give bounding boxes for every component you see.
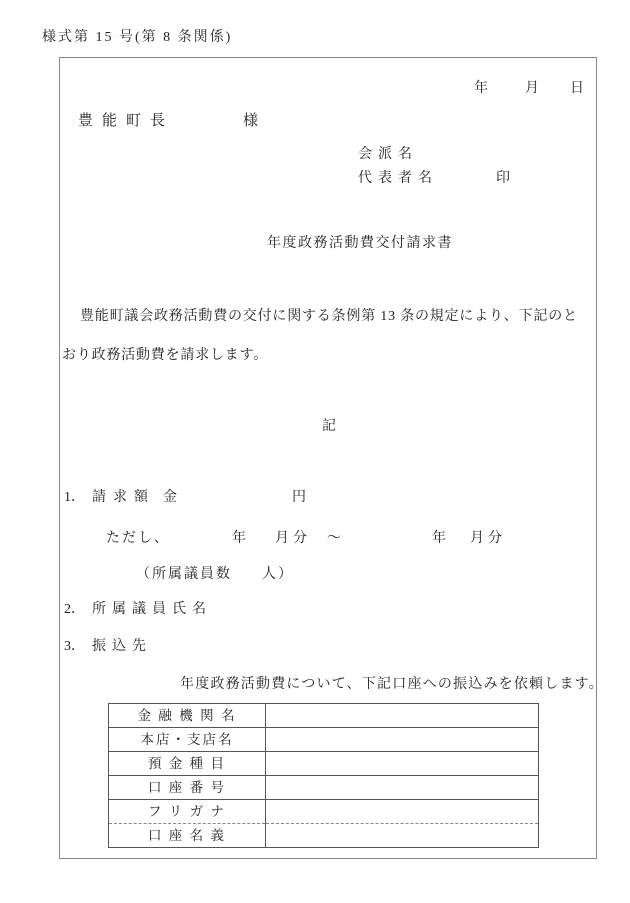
item2-label-member-names: 所属議員氏名 — [92, 602, 212, 619]
item3-label-transfer-destination: 振込先 — [92, 639, 152, 656]
document-title: 年度政務活動費交付請求書 — [267, 236, 453, 253]
date-month-label: 月 — [525, 81, 539, 96]
row-value-account-number[interactable] — [266, 776, 539, 800]
form-number-label: 様式第 15 号(第 8 条関係) — [42, 30, 232, 47]
table-row-branch-name: 本店・支店名 — [109, 728, 539, 752]
item3-number: 3． — [64, 639, 85, 656]
row-label-financial-institution: 金 融 機 関 名 — [109, 704, 266, 728]
table-row-furigana: フ リ ガ ナ — [109, 800, 539, 824]
date-line: 年月日 — [474, 81, 584, 98]
seal-label: 印 — [496, 171, 510, 188]
member-count-label: （所属議員数 — [136, 567, 232, 584]
row-value-account-holder[interactable] — [266, 824, 539, 848]
member-count-unit-label: 人） — [262, 567, 294, 584]
date-year-label: 年 — [474, 81, 488, 96]
body-paragraph-line1: 豊能町議会政務活動費の交付に関する条例第 13 条の規定により、下記のと — [80, 309, 578, 326]
bank-account-table: 金 融 機 関 名 本店・支店名 預 金 種 目 口 座 番 号 フ リ ガ ナ… — [108, 703, 539, 848]
amount-prefix-label: 金 — [163, 490, 177, 507]
row-value-deposit-type[interactable] — [266, 752, 539, 776]
addressee-name: 豊能町長 — [78, 112, 174, 130]
item2-number: 2． — [64, 602, 85, 619]
period-start-year-label: 年 — [232, 531, 246, 548]
date-day-label: 日 — [570, 81, 584, 96]
item1-label-claim-amount: 請求額 — [92, 490, 155, 507]
row-label-branch-name: 本店・支店名 — [109, 728, 266, 752]
row-label-deposit-type: 預 金 種 目 — [109, 752, 266, 776]
table-row-account-number: 口 座 番 号 — [109, 776, 539, 800]
row-label-account-holder: 口 座 名 義 — [109, 824, 266, 848]
row-value-furigana[interactable] — [266, 800, 539, 824]
period-end-year-label: 年 — [432, 531, 446, 548]
bank-transfer-note: 年度政務活動費について、下記口座への振込みを依頼します。 — [180, 677, 604, 694]
body-paragraph-line2: おり政務活動費を請求します。 — [62, 348, 268, 365]
item1-number: 1． — [64, 490, 85, 507]
table-row-deposit-type: 預 金 種 目 — [109, 752, 539, 776]
faction-name-label: 会派名 — [358, 147, 418, 164]
representative-name-label: 代表者名 — [358, 171, 438, 188]
proviso-label: ただし、 — [106, 531, 170, 548]
row-value-financial-institution[interactable] — [266, 704, 539, 728]
row-value-branch-name[interactable] — [266, 728, 539, 752]
table-row-financial-institution: 金 融 機 関 名 — [109, 704, 539, 728]
row-label-account-number: 口 座 番 号 — [109, 776, 266, 800]
table-row-account-holder: 口 座 名 義 — [109, 824, 539, 848]
record-marker: 記 — [322, 419, 338, 436]
addressee-honorific: 様 — [243, 112, 258, 130]
period-start-month-label: 月分 — [275, 531, 311, 548]
row-label-furigana: フ リ ガ ナ — [109, 800, 266, 824]
amount-unit-label: 円 — [292, 490, 306, 507]
period-range-tilde: ～ — [327, 531, 341, 548]
period-end-month-label: 月分 — [470, 531, 506, 548]
document-page: 様式第 15 号(第 8 条関係) 年月日 豊能町長 様 会派名 代表者名 印 … — [0, 0, 630, 903]
